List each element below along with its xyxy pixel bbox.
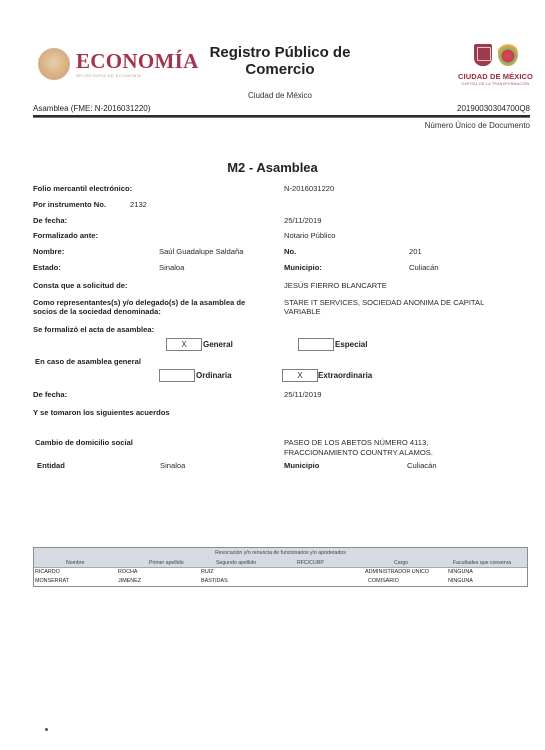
formalizado-value: Notario Público bbox=[284, 231, 336, 240]
especial-label: Especial bbox=[335, 340, 367, 349]
economia-subtitle: SECRETARÍA DE ECONOMÍA bbox=[76, 73, 199, 78]
representantes-label-line1: Como representantes(s) y/o delegado(s) d… bbox=[33, 298, 245, 307]
instrumento-label: Por instrumento No. bbox=[33, 200, 106, 209]
general-label: General bbox=[203, 340, 233, 349]
extraordinaria-checkbox[interactable]: X bbox=[282, 369, 318, 382]
folio-value: N-2016031220 bbox=[284, 184, 334, 193]
estado-label: Estado: bbox=[33, 263, 61, 272]
table-cell: BASTIDAS bbox=[201, 578, 228, 584]
table-cell: NINGUNA bbox=[448, 578, 473, 584]
consta-label: Consta que a solicitud de: bbox=[33, 281, 128, 290]
economia-title: ECONOMÍA bbox=[76, 50, 199, 72]
municipio-value: Culiacán bbox=[409, 263, 439, 272]
general-checkbox[interactable]: X bbox=[166, 338, 202, 351]
table-cell: COMISARIO bbox=[368, 578, 399, 584]
fecha-asamblea-value: 25/11/2019 bbox=[284, 390, 321, 399]
table-cell: JIMENEZ bbox=[118, 578, 141, 584]
document-header: Registro Público de Comercio Ciudad de M… bbox=[200, 44, 360, 100]
table-header: Revocación y/o renuncia de funcionarios … bbox=[34, 548, 527, 568]
entidad-value: Sinaloa bbox=[160, 461, 185, 470]
entidad-label: Entidad bbox=[37, 461, 65, 470]
column-header: Nombre bbox=[66, 560, 84, 566]
mexico-seal-icon bbox=[38, 48, 70, 80]
column-header: Facultades que conserva bbox=[453, 560, 511, 566]
table-row: MONSERRAT JIMENEZ BASTIDAS COMISARIO NIN… bbox=[34, 577, 527, 586]
nombre-label: Nombre: bbox=[33, 247, 64, 256]
column-header: Primer apellido bbox=[149, 560, 184, 566]
caso-asamblea-label: En caso de asamblea general bbox=[35, 357, 141, 366]
fecha-value: 25/11/2019 bbox=[284, 216, 321, 225]
header-divider-shadow bbox=[33, 117, 530, 118]
table-cell: RICARDO bbox=[35, 569, 60, 575]
table-cell: RUIZ bbox=[201, 569, 214, 575]
consta-value: JESÚS FIERRO BLANCARTE bbox=[284, 281, 387, 290]
ordinaria-label: Ordinaria bbox=[196, 371, 232, 380]
sociedad-value-line2: VARIABLE bbox=[284, 307, 321, 316]
table-cell: ADMINISTRADOR UNICO bbox=[365, 569, 429, 575]
especial-checkbox[interactable] bbox=[298, 338, 334, 351]
table-cell: ROCHA bbox=[118, 569, 137, 575]
registry-location: Ciudad de México bbox=[200, 91, 360, 100]
registry-title: Registro Público de Comercio bbox=[200, 44, 360, 78]
cdmx-subtitle: CAPITAL DE LA TRANSFORMACIÓN bbox=[448, 82, 543, 86]
section-title: M2 - Asamblea bbox=[0, 160, 545, 175]
table-cell: MONSERRAT bbox=[35, 578, 69, 584]
acuerdo-address-line1: PASEO DE LOS ABETOS NÚMERO 4113, bbox=[284, 438, 428, 447]
notario-no-label: No. bbox=[284, 247, 296, 256]
acuerdos-label: Y se tomaron los siguientes acuerdos bbox=[33, 408, 170, 417]
formalizado-label: Formalizado ante: bbox=[33, 231, 98, 240]
column-header: RFC/CURP bbox=[297, 560, 324, 566]
notario-no-value: 201 bbox=[409, 247, 422, 256]
cdmx-title: CIUDAD DE MÉXICO bbox=[448, 72, 543, 81]
municipio-label: Municipio: bbox=[284, 263, 322, 272]
nombre-value: Saúl Guadalupe Saldaña bbox=[159, 247, 243, 256]
cdmx-shield-icon bbox=[474, 44, 492, 66]
extraordinaria-label: Extraordinaria bbox=[318, 371, 372, 380]
scan-speck bbox=[45, 728, 48, 731]
fecha-label: De fecha: bbox=[33, 216, 67, 225]
economia-logo: ECONOMÍA SECRETARÍA DE ECONOMÍA bbox=[38, 44, 199, 84]
instrumento-value: 2132 bbox=[130, 200, 147, 209]
ordinaria-checkbox[interactable] bbox=[159, 369, 195, 382]
acuerdo-municipio-value: Culiacán bbox=[407, 461, 437, 470]
document-reference: Asamblea (FME: N-2016031220) bbox=[33, 104, 150, 113]
acta-label: Se formalizó el acta de asamblea: bbox=[33, 325, 154, 334]
folio-label: Folio mercantil electrónico: bbox=[33, 184, 132, 193]
acuerdo-municipio-label: Municipio bbox=[284, 461, 319, 470]
table-caption: Revocación y/o renuncia de funcionarios … bbox=[34, 550, 527, 556]
acuerdo-title: Cambio de domicilio social bbox=[35, 438, 133, 447]
cdmx-map-icon bbox=[498, 41, 518, 66]
cdmx-logo: CIUDAD DE MÉXICO CAPITAL DE LA TRANSFORM… bbox=[448, 40, 543, 86]
column-header: Segundo apellido bbox=[216, 560, 256, 566]
table-row: RICARDO ROCHA RUIZ ADMINISTRADOR UNICO N… bbox=[34, 568, 527, 577]
table-cell: NINGUNA bbox=[448, 569, 473, 575]
document-number: 20190030304700Q8 bbox=[457, 104, 530, 113]
sociedad-value-line1: STARE IT SERVICES, SOCIEDAD ANONIMA DE C… bbox=[284, 298, 484, 307]
column-header: Cargo bbox=[394, 560, 408, 566]
revocacion-table: Revocación y/o renuncia de funcionarios … bbox=[33, 547, 528, 587]
estado-value: Sinaloa bbox=[159, 263, 184, 272]
acuerdo-address-line2: FRACCIONAMIENTO COUNTRY ALAMOS. bbox=[284, 448, 433, 457]
fecha-asamblea-label: De fecha: bbox=[33, 390, 67, 399]
representantes-label-line2: socios de la sociedad denominada: bbox=[33, 307, 161, 316]
document-number-caption: Número Único de Documento bbox=[425, 121, 530, 130]
